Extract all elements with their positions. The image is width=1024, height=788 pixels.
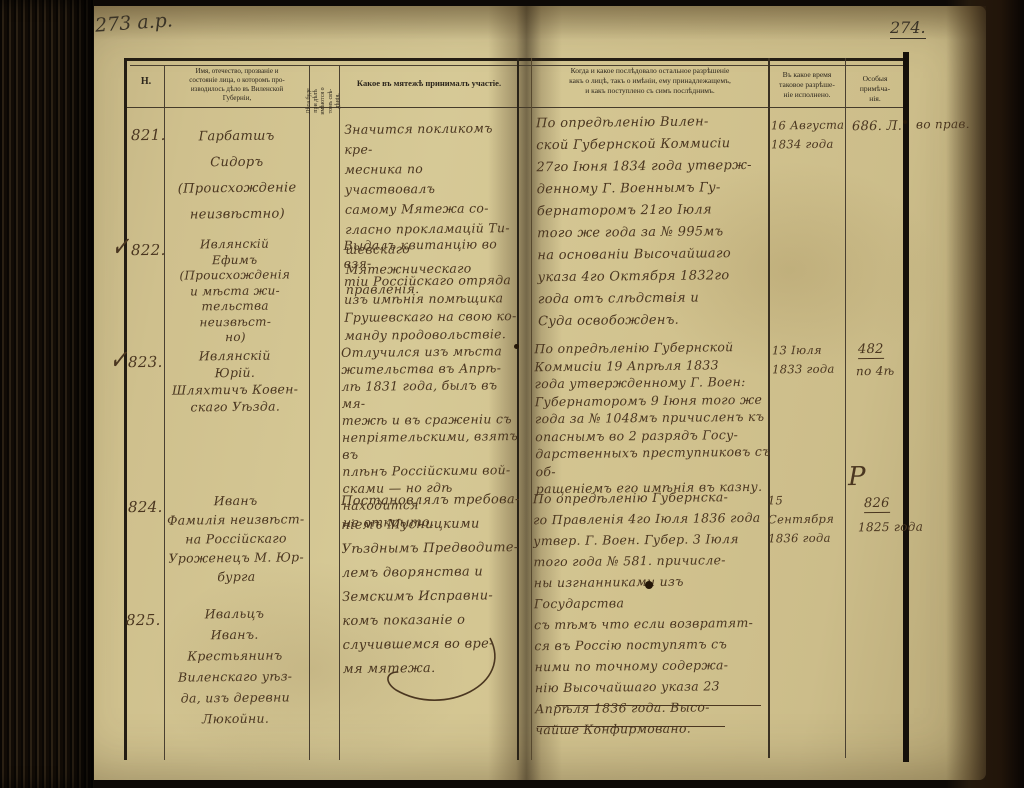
entry-name: Ивальцъ Иванъ. Крестьянинъ Виленскаго уѣ… [158, 602, 311, 730]
header-participation: Какое въ мятежѣ принималъ участіе. [343, 78, 515, 88]
entry-note-bottom: 1825 года [858, 520, 923, 535]
entry-time: 15 Сентября 1836 года [768, 491, 849, 549]
entry-note-top: 482 [858, 342, 884, 359]
entry-name: Гарбатшъ Сидоръ (Происхожденіе неизвѣстн… [167, 123, 306, 228]
entry-number: 825. [126, 611, 161, 629]
table-right-border [903, 52, 909, 762]
entry-name: Ивлянскій Ефимъ (Происхожденія и мѣста ж… [163, 236, 306, 346]
pen-flourish-swoosh [372, 632, 522, 722]
entry-note-top: 826 [864, 496, 890, 513]
entry-resolution: По опредѣленію Вилен- ской Губернской Ко… [536, 111, 770, 333]
entry-resolution: По опредѣленію Губернска- го Правленія 4… [533, 486, 776, 740]
entry-number: 823. [128, 353, 163, 371]
header-age-rotated: Лѣта буде при дѣлѣ имѣются о томъ свѣ- д… [301, 60, 347, 106]
ink-spot [903, 120, 907, 124]
header-number: Н. [128, 76, 164, 87]
ink-spot [514, 344, 519, 349]
entry-name: Ивлянскій Юрій. Шляхтичъ Ковен- скаго Уѣ… [162, 346, 309, 416]
entry-participation: Выдалъ квитанцію во взя- тіи Россійскаго… [343, 235, 520, 345]
entry-name: Иванъ Фамилія неизвѣст- на Россійскаго У… [162, 490, 311, 587]
scanned-book-spread: 273 а.р. 274. Н. Имя, отечество, прозван… [0, 0, 1024, 788]
entry-margin-note: во прав. [916, 117, 1006, 132]
header-bottom-rule [124, 107, 903, 108]
resolution-underline [537, 726, 725, 727]
column-divider [845, 58, 846, 758]
column-divider [339, 65, 340, 760]
entry-resolution: По опредѣленію Губернской Коммисіи 19 Ап… [534, 338, 772, 498]
resolution-underline [556, 705, 761, 706]
check-mark: ✓ [111, 227, 130, 265]
header-name: Имя, отечество, прозваніе и состояніе ли… [166, 67, 308, 103]
header-resolution: Когда и какое послѣдовало остальное разр… [535, 66, 765, 96]
header-execution-time: Въ какое время таковое разрѣше- ніе испо… [770, 70, 844, 100]
entry-time: 13 Іюля 1833 года [772, 341, 846, 380]
check-mark: ✓ [109, 340, 128, 378]
entry-number: 821. [131, 126, 166, 144]
header-age-text: Лѣта буде при дѣлѣ имѣются о томъ свѣ- д… [301, 78, 347, 124]
entry-time: 16 Августа 1834 года [771, 116, 847, 155]
right-page-left-border [531, 58, 532, 760]
entry-number: 824. [128, 498, 163, 516]
pen-flourish-letter: Р [848, 462, 866, 492]
entry-note: 686. Л. [852, 119, 902, 135]
entry-number: 822. [131, 241, 166, 259]
table-left-border [124, 58, 127, 760]
right-folio-label: 274. [890, 18, 926, 39]
header-remarks: Особыя примѣча- нія. [847, 74, 903, 104]
ink-spot [645, 581, 653, 589]
book-binding-left [0, 0, 94, 788]
entry-note-bottom: по 4ѣ [856, 364, 895, 378]
